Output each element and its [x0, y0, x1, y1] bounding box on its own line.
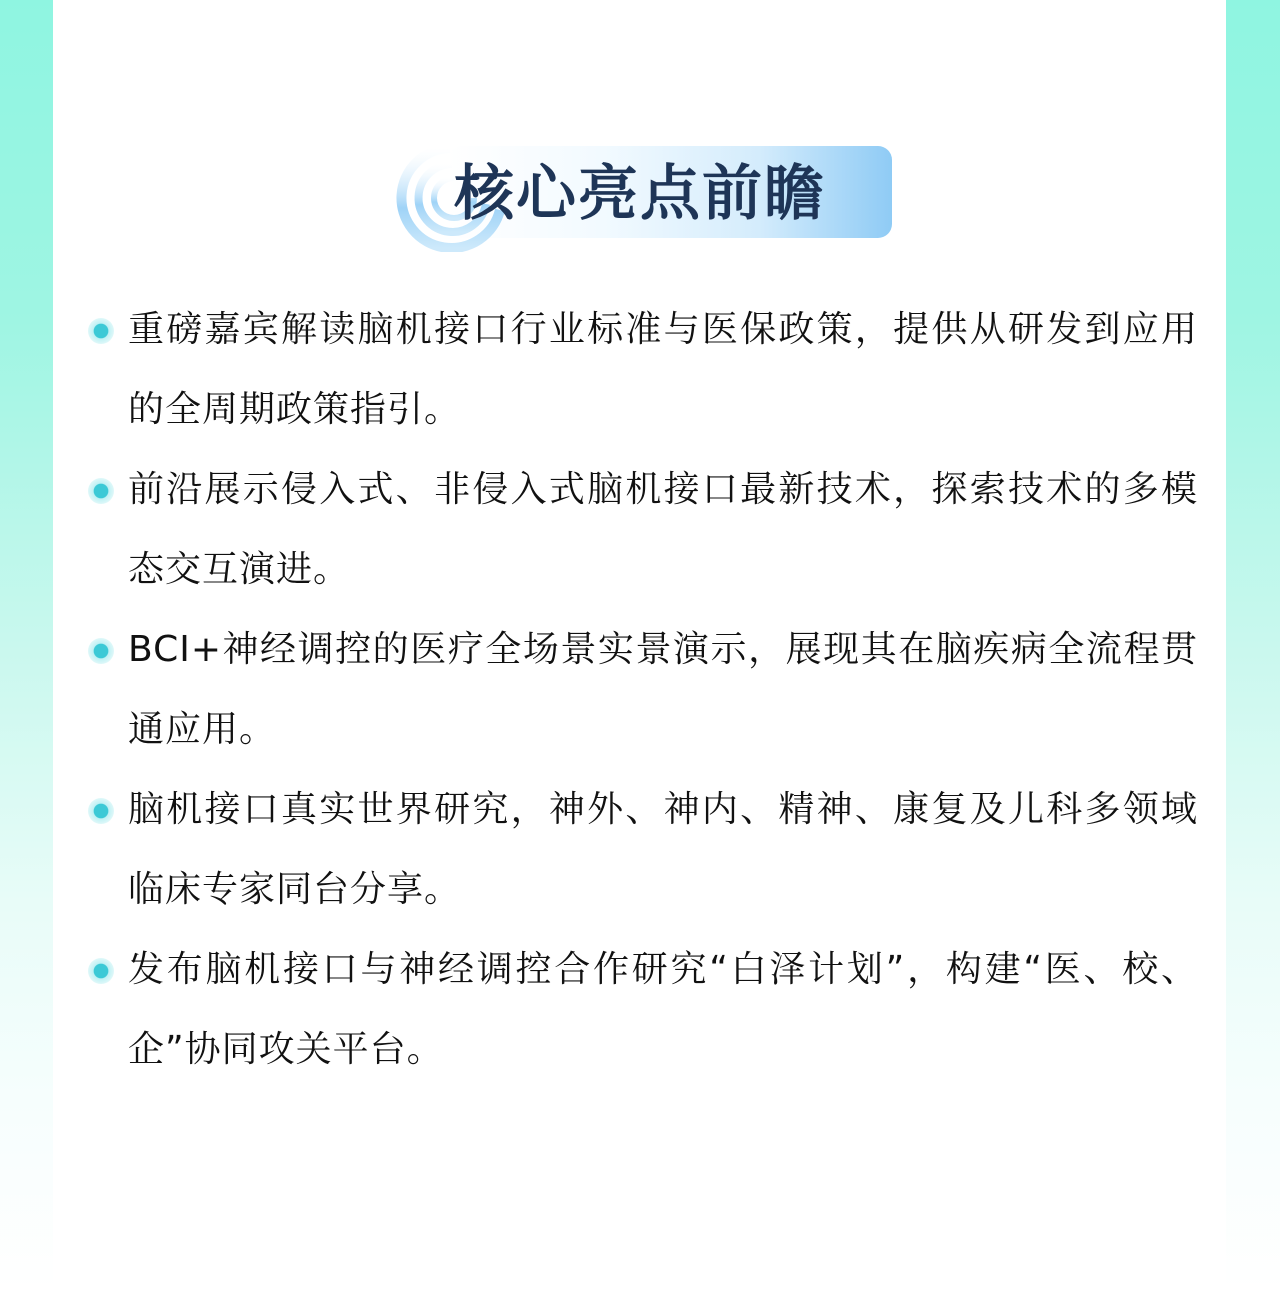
bullet-dot-icon	[88, 958, 114, 984]
highlights-list: 重磅嘉宾解读脑机接口行业标准与医保政策，提供从研发到应用的全周期政策指引。 前沿…	[88, 290, 1198, 1090]
list-item: BCI+神经调控的医疗全场景实景演示，展现其在脑疾病全流程贯通应用。	[88, 610, 1198, 770]
list-item-text: 脑机接口真实世界研究，神外、神内、精神、康复及儿科多领域临床专家同台分享。	[128, 770, 1198, 930]
list-item: 发布脑机接口与神经调控合作研究“白泽计划”，构建“医、校、企”协同攻关平台。	[88, 930, 1198, 1090]
list-item-text: BCI+神经调控的医疗全场景实景演示，展现其在脑疾病全流程贯通应用。	[128, 610, 1198, 770]
bullet-dot-icon	[88, 798, 114, 824]
bullet-dot-icon	[88, 478, 114, 504]
bullet-dot-icon	[88, 318, 114, 344]
bullet-dot-icon	[88, 638, 114, 664]
list-item-text: 发布脑机接口与神经调控合作研究“白泽计划”，构建“医、校、企”协同攻关平台。	[128, 930, 1198, 1090]
list-item: 重磅嘉宾解读脑机接口行业标准与医保政策，提供从研发到应用的全周期政策指引。	[88, 290, 1198, 450]
list-item: 前沿展示侵入式、非侵入式脑机接口最新技术，探索技术的多模态交互演进。	[88, 450, 1198, 610]
list-item: 脑机接口真实世界研究，神外、神内、精神、康复及儿科多领域临床专家同台分享。	[88, 770, 1198, 930]
section-header: 核心亮点前瞻	[388, 140, 892, 252]
list-item-text: 重磅嘉宾解读脑机接口行业标准与医保政策，提供从研发到应用的全周期政策指引。	[128, 290, 1198, 450]
list-item-text: 前沿展示侵入式、非侵入式脑机接口最新技术，探索技术的多模态交互演进。	[128, 450, 1198, 610]
section-title: 核心亮点前瞻	[454, 154, 826, 234]
